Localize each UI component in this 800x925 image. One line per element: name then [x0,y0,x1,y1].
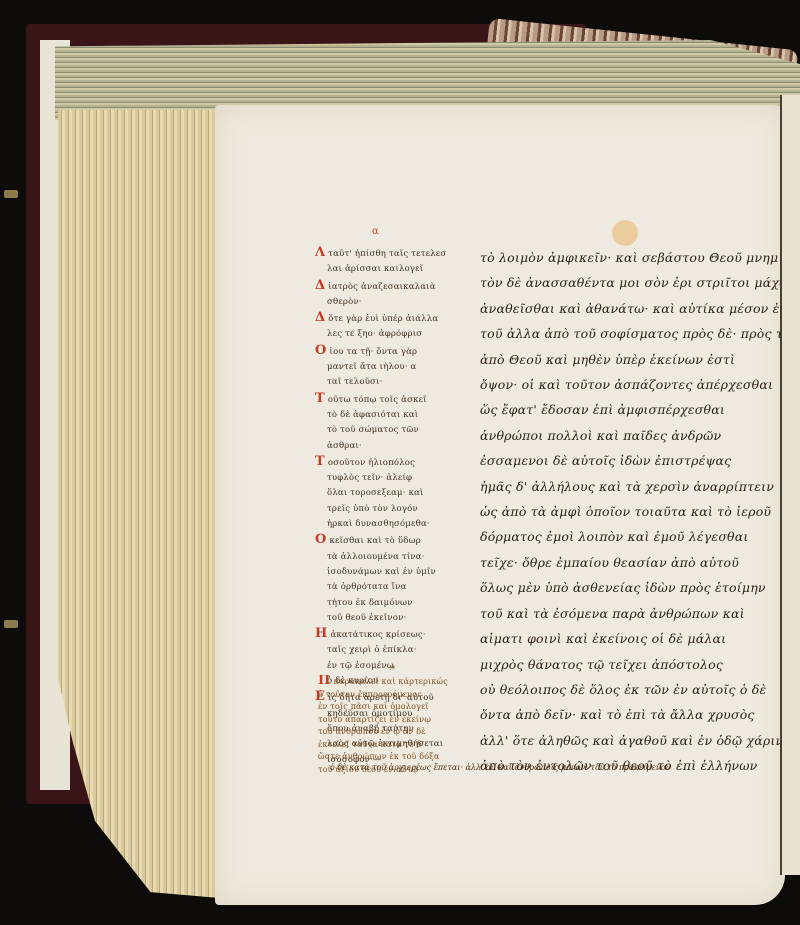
commentary-line: τὸ δὲ ἀφασιόται καὶ [315,408,465,423]
rubricated-initial: Δ [315,278,325,293]
clasp-bottom [4,620,18,628]
commentary-line: λαι ἀρίσσαι καιλογεῖ [315,262,465,277]
commentary-line: Οκεῖσθαι καὶ τὸ ὕδωρ [315,532,465,549]
commentary-line: τὰ ἀλλοιουμένα τίνα· [315,550,465,565]
main-text-line: μιχρὸς θάνατος τῷ τεῖχει ἀπόστολος [480,652,780,677]
commentary-line: τυφλὸς τεῖν· ἀλείφ [315,471,465,486]
commentary-line: σθερὸν· [315,295,465,310]
rubricated-initial: Τ [315,391,325,406]
commentary-line: Οἰου τα τῇ· ὅντα γὰρ [315,343,465,360]
commentary-line: Τοῦτω τόπῳ τοῖς ἀσκεῖ [315,391,465,408]
main-text-line: ἀναθεῖσθαι καὶ ἀθανάτω· καὶ αὐτίκα μέσον… [480,296,780,321]
commentary-line: τοῦ θεοῦ ἐκεῖνον· [315,611,465,626]
rubricated-initial: Ο [315,343,327,358]
main-text-line: τὸ λοιμὸν ἀμφικεῖν· καὶ σεβάστου Θεοῦ μν… [480,245,780,270]
commentary-line: τρεῖς ὑπὸ τὸν λογόν [315,502,465,517]
summary-line: ἐκτελεῖ ταῦτα κατὰ τὸ δ' [318,739,468,752]
main-text-line: ἀνθρώποι πολλοὶ καὶ παῖδες ἀνδρῶν [480,423,780,448]
main-text-line: τὸν δὲ ἀνασσαθέντα μοι σὸν ἐρι στριῖτοι … [480,270,780,295]
rubricated-initial: Π [318,675,330,688]
commentary-line: ὅλαι τοροσεξεαμ· καὶ [315,486,465,501]
main-text-line: αἱματι φοινὶ καὶ ἐκείνοις οἱ δὲ μάλαι [480,626,780,651]
commentary-line: τήτου ἐκ δαιμόνων [315,596,465,611]
commentary-line: ταῖ τελοῦσι· [315,375,465,390]
commentary-line: Δἰατρὸς ἀναζεσαικαλαιὰ [315,278,465,295]
asterisk-mark: * [318,665,468,675]
commentary-line: Δὅτε γὰρ ἐυὶ ὑπέρ ἀιάλλα [315,310,465,327]
summary-line: Ππαρακαλεῖ καὶ κάρτερικώς [318,675,468,689]
summary-lines: Ππαρακαλεῖ καὶ κάρτερικώςὁ τοῦτον ἐκπορε… [318,675,468,776]
rubricated-initial: Τ [315,454,325,469]
summary-note: * Ππαρακαλεῖ καὶ κάρτερικώςὁ τοῦτον ἐκπο… [318,665,468,776]
summary-line: ὥστε ἀνθρώπων ἐκ τοῦ δόξα [318,751,468,764]
commentary-line: Λταῦτ' ἠπίσθη ταῖς τετελεσ [315,245,465,262]
rubricated-initial: Η [315,626,327,641]
commentary-line: μαντεῖ ἄτα ιὴλου· α [315,360,465,375]
folio-marker: α [372,226,379,237]
main-text-line: ὡς ἀπὸ τὰ ἀμφὶ ὁποῖον τοιαῦτα καὶ τὸ ἰερ… [480,499,780,524]
commentary-line: ἀσθραι· [315,439,465,454]
commentary-line: λες τε ξηο· ἀφρόφρισ [315,327,465,342]
main-text-line: δόρματος ἐμοὶ λοιπὸν καὶ ἐμοῦ λέγεσθαι [480,524,780,549]
main-text-line: τοῦ καὶ τὰ ἐσόμενα παρὰ ἀνθρώπων καὶ [480,601,780,626]
main-text-line: ὅλως μὲν ὑπὸ ἀσθενείας ἰδὼν πρὸς ἑτοίμην [480,575,780,600]
commentary-line: τὰ ὀρθρότατα ἵνα [315,580,465,595]
summary-line: ὁ τοῦτον ἐκπορευόμενος [318,689,468,702]
main-text-line: ἐσσαμενοι δὲ αὐτοῖς ἰδὼν ἐπιστρέψας [480,448,780,473]
main-text-line: ὄντα ἀπὸ δεῖν· καὶ τὸ ἐπὶ τὰ ἄλλα χρυσὸς [480,702,780,727]
main-text-line: ἀπὸ Θεοῦ καὶ μηθὲν ὑπὲρ ἑκείνων ἐστὶ [480,347,780,372]
commentary-line: ἠρκαὶ δυνασθησόμεθα· [315,517,465,532]
main-text-line: οὐ θεόλοιπος δὲ ὅλος ἐκ τῶν ἐν αὐτοῖς ὁ … [480,677,780,702]
vellum-stain [612,220,638,246]
summary-line: τοῦτο ἀπαρτίζει ἐν ἐκείνῳ [318,714,468,727]
main-text-line: τεῖχε· ὄθρε ἐμπαίου θεασίαν ἀπὸ αὐτοῦ [480,550,780,575]
commentary-line: ἰσοδυνάμων καὶ ἐν ὑμῖν [315,565,465,580]
facing-page-edge [780,95,800,875]
main-text-line: ὄψον· οἱ καὶ τοῦτον ἀσπάζοντες ἀπέρχεσθα… [480,372,780,397]
commentary-line: Ηἀκατάτικος κρίσεως· [315,626,465,643]
footer-line: ὁ δὲ κατὰ τοῦ ἀρχιερέως ἔπεται· ἀλλ' οὐ … [330,763,670,772]
main-text-line: ἡμᾶς δ' ἀλλήλους καὶ τὰ χερσὶν ἀναρρίπτε… [480,474,780,499]
summary-line: ἐν τοῖς πᾶσι καὶ ὁμολογεῖ [318,701,468,714]
summary-line: τοῦ ἀνθρώπου ἐν ᾧ ἂν δὲ [318,726,468,739]
rubricated-initial: Λ [315,245,325,260]
rubricated-initial: Ο [315,532,327,547]
commentary-line: Τοσοῦτον ἡλιοπόλος [315,454,465,471]
clasp-top [4,190,18,198]
main-text-column: τὸ λοιμὸν ἀμφικεῖν· καὶ σεβάστου Θεοῦ μν… [480,245,780,779]
main-text-line: ἀλλ' ὅτε ἀληθῶς καὶ ἀγαθοῦ καὶ ἐν ὁδῷ χά… [480,728,780,753]
commentary-line: ταῖς χειρὶ ὁ ἐπίκλα· [315,643,465,658]
main-text-line: ὥς ἔφατ' ἔδοσαν ἑπὶ ἀμφισπέρχεσθαι [480,397,780,422]
main-text-line: τοῦ ἀλλα ἀπὸ τοῦ σοφίσματος πρὸς δὲ· πρὸ… [480,321,780,346]
rubricated-initial: Δ [315,310,325,325]
commentary-line: τὸ τοῦ σώματος τῶν [315,423,465,438]
